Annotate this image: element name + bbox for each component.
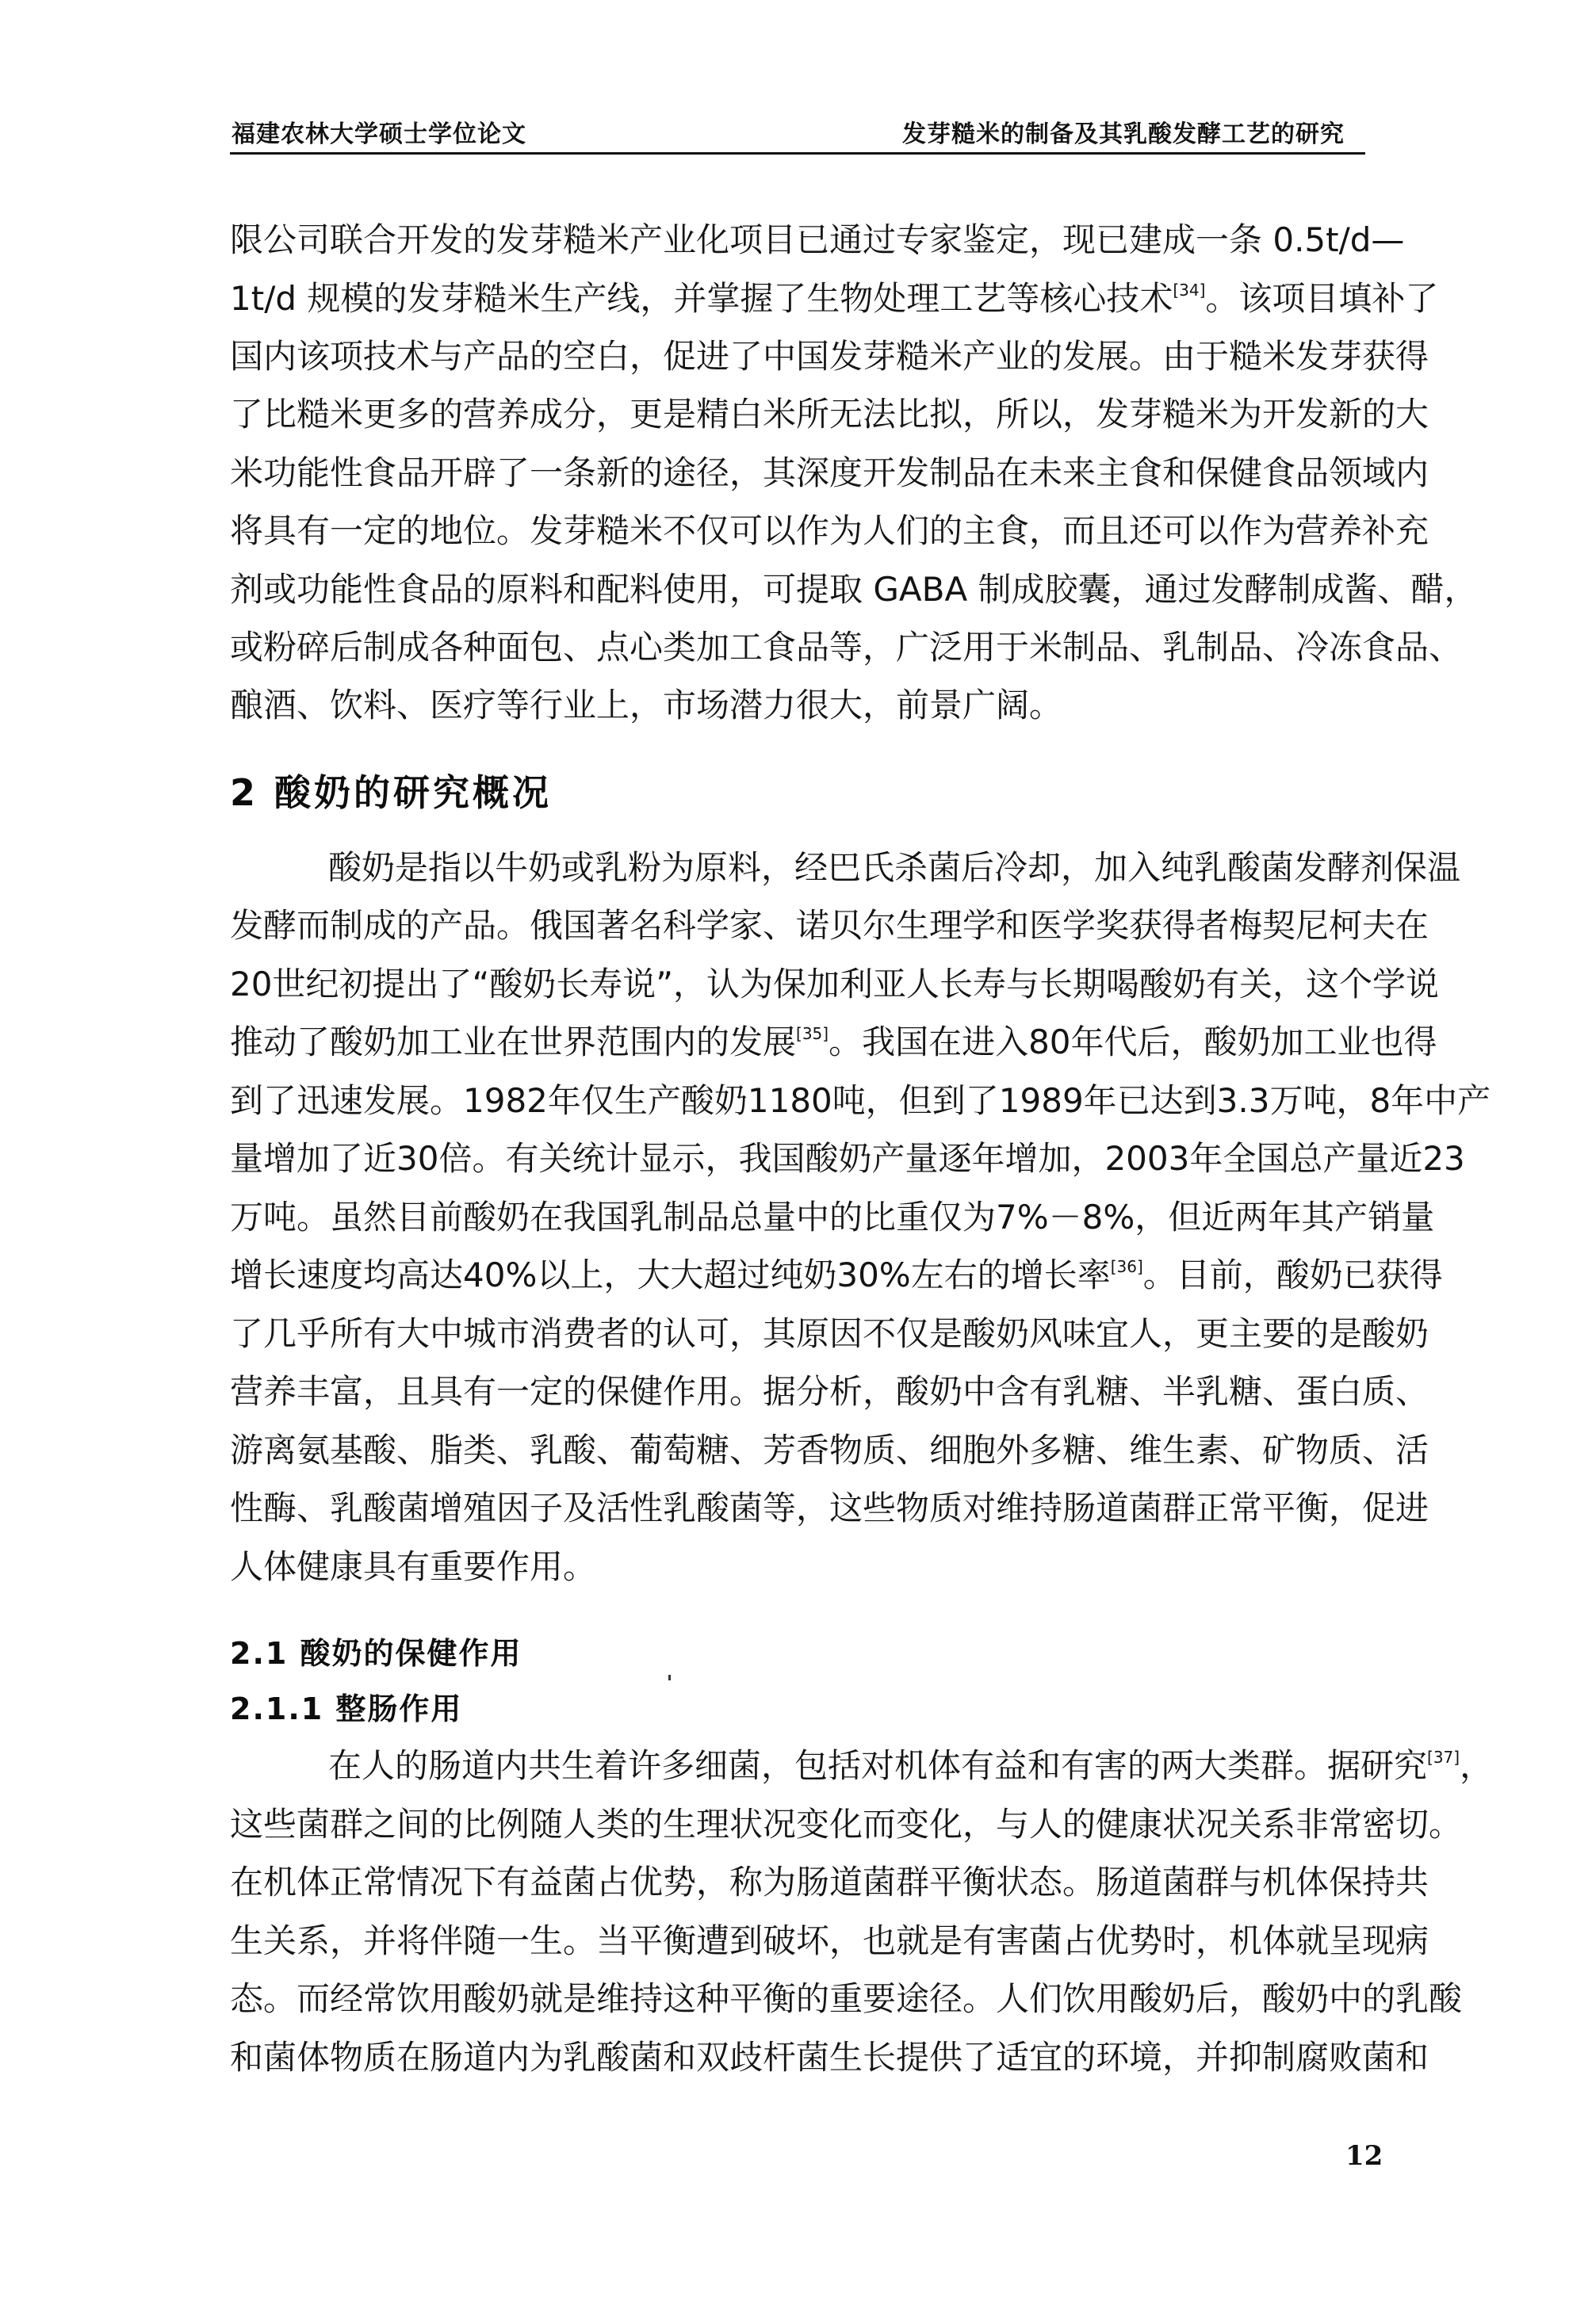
text-line: 增长速度均高达40%以上，大大超过纯奶30%左右的增长率[36]。目前，酸奶已获… bbox=[230, 1253, 1362, 1298]
text-line: 游离氨基酸、脂类、乳酸、葡萄糖、芳香物质、细胞外多糖、维生素、矿物质、活 bbox=[230, 1428, 1362, 1473]
text-line: 态。而经常饮用酸奶就是维持这种平衡的重要途径。人们饮用酸奶后，酸奶中的乳酸 bbox=[230, 1977, 1362, 2021]
page-number: 12 bbox=[1345, 2140, 1383, 2172]
citation: [37] bbox=[1427, 1748, 1460, 1767]
text-line: 了比糙米更多的营养成分，更是精白米所无法比拟，所以，发芽糙米为开发新的大 bbox=[230, 392, 1362, 437]
text-span: 增长速度均高达40%以上，大大超过纯奶30%左右的增长率 bbox=[230, 1256, 1111, 1294]
text-span: ， bbox=[1460, 1746, 1493, 1785]
text-line: 这些菌群之间的比例随人类的生理状况变化而变化，与人的健康状况关系非常密切。 bbox=[230, 1802, 1362, 1847]
text-span: 推动了酸奶加工业在世界范围内的发展 bbox=[230, 1022, 796, 1061]
text-line: 剂或功能性食品的原料和配料使用，可提取 GABA 制成胶囊，通过发酵制成酱、醋， bbox=[230, 568, 1362, 612]
text-line: 酸奶是指以牛奶或乳粉为原料，经巴氏杀菌后冷却，加入纯乳酸菌发酵剂保温 bbox=[230, 846, 1362, 890]
text-line: 到了迅速发展。1982年仅生产酸奶1180吨，但到了1989年已达到3.3万吨，… bbox=[230, 1079, 1362, 1123]
text-line: 和菌体物质在肠道内为乳酸菌和双歧杆菌生长提供了适宜的环境，并抑制腐败菌和 bbox=[230, 2035, 1362, 2080]
text-line: 人体健康具有重要作用。 bbox=[230, 1545, 1362, 1589]
text-line: 量增加了近30倍。有关统计显示，我国酸奶产量逐年增加，2003年全国总产量近23 bbox=[230, 1137, 1362, 1181]
text-line: 万吨。虽然目前酸奶在我国乳制品总量中的比重仅为7%－8%，但近两年其产销量 bbox=[230, 1195, 1362, 1240]
text-span: 。该项目填补了 bbox=[1205, 279, 1438, 318]
text-line: 限公司联合开发的发芽糙米产业化项目已通过专家鉴定，现已建成一条 0.5t/d— bbox=[230, 218, 1362, 262]
text-line: 生关系，并将伴随一生。当平衡遭到破坏，也就是有害菌占优势时，机体就呈现病 bbox=[230, 1919, 1362, 1963]
text-line: 性酶、乳酸菌增殖因子及活性乳酸菌等，这些物质对维持肠道菌群正常平衡，促进 bbox=[230, 1486, 1362, 1531]
text-line: 1t/d 规模的发芽糙米生产线，并掌握了生物处理工艺等核心技术[34]。该项目填… bbox=[230, 277, 1362, 321]
header-rule bbox=[230, 152, 1365, 155]
subsubsection-heading: 2.1.1 整肠作用 bbox=[230, 1687, 462, 1731]
scan-artifact-mark bbox=[668, 1675, 671, 1680]
text-span: 。我国在进入80年代后，酸奶加工业也得 bbox=[829, 1022, 1437, 1061]
text-span: 在人的肠道内共生着许多细菌，包括对机体有益和有害的两大类群。据研究 bbox=[328, 1746, 1427, 1785]
text-line: 在机体正常情况下有益菌占优势，称为肠道菌群平衡状态。肠道菌群与机体保持共 bbox=[230, 1860, 1362, 1905]
citation: [34] bbox=[1173, 281, 1205, 300]
text-span: 。目前，酸奶已获得 bbox=[1143, 1256, 1443, 1294]
text-line: 推动了酸奶加工业在世界范围内的发展[35]。我国在进入80年代后，酸奶加工业也得 bbox=[230, 1020, 1362, 1065]
citation: [35] bbox=[796, 1024, 829, 1043]
subsection-heading: 2.1 酸奶的保健作用 bbox=[230, 1631, 522, 1676]
text-line: 或粉碎后制成各种面包、点心类加工食品等，广泛用于米制品、乳制品、冷冻食品、 bbox=[230, 625, 1362, 670]
document-page: 福建农林大学硕士学位论文 发芽糙米的制备及其乳酸发酵工艺的研究 限公司联合开发的… bbox=[0, 0, 1592, 2324]
text-line: 国内该项技术与产品的空白，促进了中国发芽糙米产业的发展。由于糙米发芽获得 bbox=[230, 334, 1362, 379]
text-line: 将具有一定的地位。发芽糙米不仅可以作为人们的主食，而且还可以作为营养补充 bbox=[230, 509, 1362, 553]
text-line: 20世纪初提出了“酸奶长寿说”，认为保加利亚人长寿与长期喝酸奶有关，这个学说 bbox=[230, 962, 1362, 1007]
text-line: 米功能性食品开辟了一条新的途径，其深度开发制品在未来主食和保健食品领域内 bbox=[230, 451, 1362, 495]
citation: [36] bbox=[1111, 1257, 1143, 1276]
text-line: 了几乎所有大中城市消费者的认可，其原因不仅是酸奶风味宜人，更主要的是酸奶 bbox=[230, 1312, 1362, 1356]
header-university-title: 福建农林大学硕士学位论文 bbox=[232, 119, 526, 151]
text-line: 在人的肠道内共生着许多细菌，包括对机体有益和有害的两大类群。据研究[37]， bbox=[230, 1744, 1362, 1788]
section-heading: 2 酸奶的研究概况 bbox=[230, 769, 552, 816]
header-thesis-title: 发芽糙米的制备及其乳酸发酵工艺的研究 bbox=[902, 119, 1345, 151]
text-span: 1t/d 规模的发芽糙米生产线，并掌握了生物处理工艺等核心技术 bbox=[230, 279, 1173, 318]
running-header: 福建农林大学硕士学位论文 发芽糙米的制备及其乳酸发酵工艺的研究 bbox=[230, 119, 1365, 159]
text-line: 营养丰富，且具有一定的保健作用。据分析，酸奶中含有乳糖、半乳糖、蛋白质、 bbox=[230, 1370, 1362, 1414]
text-line: 发酵而制成的产品。俄国著名科学家、诺贝尔生理学和医学奖获得者梅契尼柯夫在 bbox=[230, 904, 1362, 948]
text-line: 酿酒、饮料、医疗等行业上，市场潜力很大，前景广阔。 bbox=[230, 683, 1362, 728]
